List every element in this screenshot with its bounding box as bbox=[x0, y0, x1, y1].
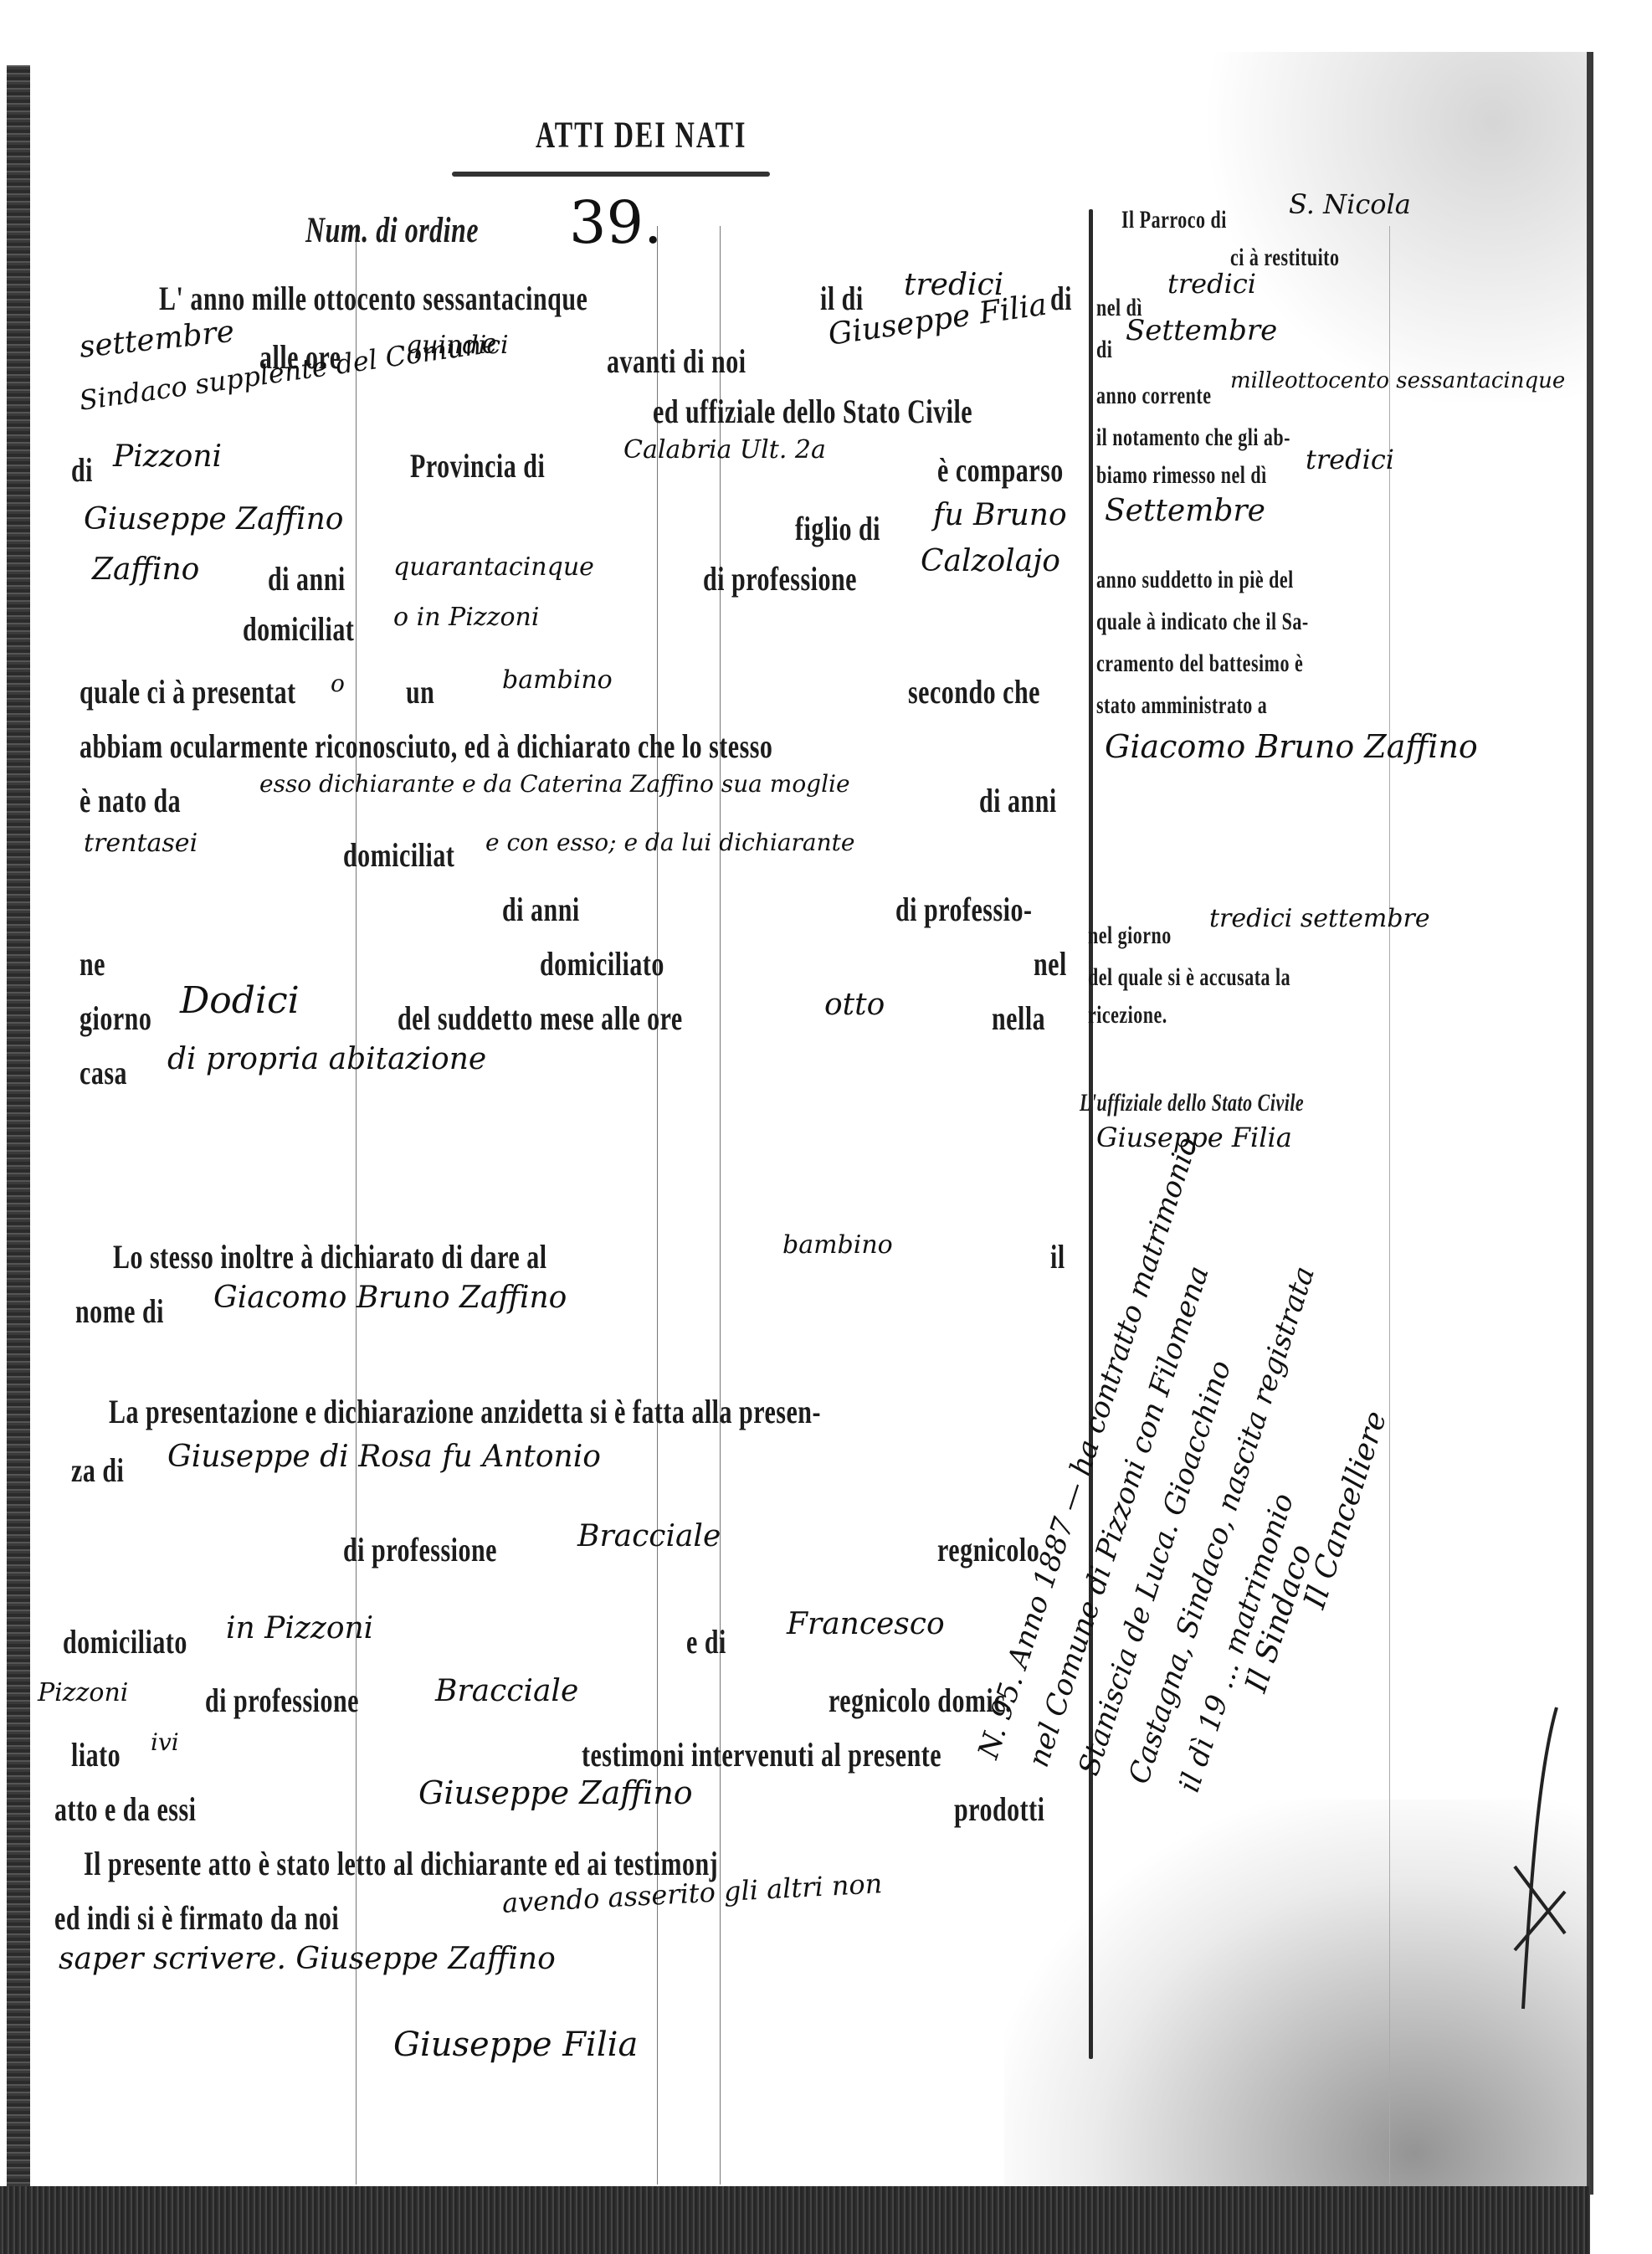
handwritten-profession: Calzolajo bbox=[921, 544, 1060, 578]
handwritten-child: bambino bbox=[782, 1230, 893, 1260]
scan-edge-left bbox=[7, 65, 30, 2254]
title-rule bbox=[452, 172, 770, 177]
printed-text: il bbox=[1050, 1239, 1065, 1277]
handwritten-town: Pizzoni bbox=[113, 439, 222, 474]
printed-text: ed indi si è firmato da noi bbox=[54, 1900, 339, 1938]
printed-text: è nato da bbox=[80, 783, 181, 821]
printed-text: di bbox=[71, 452, 93, 490]
handwritten-age: trentasei bbox=[84, 829, 198, 858]
handwritten-mother: esso dichiarante e da Caterina Zaffino s… bbox=[259, 770, 850, 798]
printed-text: nella bbox=[992, 1000, 1045, 1039]
ruled-line bbox=[1389, 226, 1390, 2185]
handwritten-baptized-name: Giacomo Bruno Zaffino bbox=[1105, 728, 1478, 765]
printed-text: avanti di noi bbox=[607, 343, 746, 382]
handwritten-surname: Pizzoni bbox=[38, 1678, 128, 1707]
birth-record-page: ATTI DEI NATI Num. di ordine 39. L' anno… bbox=[0, 0, 1652, 2254]
printed-text: Provincia di bbox=[410, 448, 545, 486]
printed-text: di anni bbox=[268, 561, 346, 599]
printed-text: e di bbox=[686, 1624, 726, 1662]
printed-text: Il Parroco di bbox=[1121, 205, 1227, 234]
handwritten-date: tredici settembre bbox=[1209, 904, 1430, 933]
printed-text: di professione bbox=[343, 1532, 497, 1570]
printed-text: di anni bbox=[979, 783, 1057, 821]
printed-text: casa bbox=[80, 1055, 127, 1093]
printed-text: figlio di bbox=[795, 511, 880, 549]
page-title: ATTI DEI NATI bbox=[536, 113, 746, 157]
printed-text: Il presente atto è stato letto al dichia… bbox=[84, 1846, 718, 1884]
handwritten-domicile: in Pizzoni bbox=[226, 1611, 373, 1646]
ruled-line bbox=[356, 226, 357, 2185]
handwritten-month: Settembre bbox=[1126, 314, 1277, 347]
printed-text: del quale si è accusata la bbox=[1088, 963, 1290, 992]
printed-text: quale à indicato che il Sa- bbox=[1096, 607, 1309, 636]
printed-text: del suddetto mese alle ore bbox=[398, 1000, 683, 1039]
printed-text: ricezione. bbox=[1088, 1000, 1167, 1029]
scan-edge-bottom bbox=[0, 2186, 1590, 2254]
annotation-signature: Il Cancelliere bbox=[1298, 1407, 1394, 1613]
printed-text: La presentazione e dichiarazione anzidet… bbox=[109, 1394, 821, 1432]
printed-text: ne bbox=[80, 946, 105, 984]
printed-text: L' anno mille ottocento sessantacinque bbox=[159, 280, 587, 319]
printed-text: liato bbox=[71, 1737, 121, 1775]
printed-text: di professio- bbox=[895, 891, 1032, 930]
printed-text: testimoni intervenuti al presente bbox=[582, 1737, 941, 1775]
printed-text: biamo rimesso nel dì bbox=[1096, 460, 1267, 490]
printed-text: il notamento che gli ab- bbox=[1096, 423, 1290, 452]
handwritten-year: milleottocento sessantacinque bbox=[1230, 368, 1565, 393]
handwritten-signature: Giuseppe Zaffino bbox=[418, 1774, 693, 1811]
printed-text: atto e da essi bbox=[54, 1791, 196, 1830]
handwritten-day: tredici bbox=[1306, 444, 1394, 475]
printed-text: quale ci à presentat bbox=[80, 674, 296, 712]
handwritten-parish: S. Nicola bbox=[1289, 188, 1411, 220]
printed-text: di anni bbox=[502, 891, 580, 930]
printed-text: stato amministrato a bbox=[1096, 691, 1267, 720]
printed-text: prodotti bbox=[954, 1791, 1044, 1830]
handwritten-profession: Bracciale bbox=[577, 1519, 721, 1553]
printed-text: nel giorno bbox=[1088, 921, 1172, 950]
handwritten-text: saper scrivere. Giuseppe Zaffino bbox=[59, 1942, 556, 1976]
printed-text: domiciliato bbox=[540, 946, 664, 984]
handwritten-birth-hour: otto bbox=[824, 988, 885, 1022]
handwritten-child: bambino bbox=[502, 665, 613, 695]
handwritten-child-name: Giacomo Bruno Zaffino bbox=[213, 1281, 567, 1315]
printed-text: anno corrente bbox=[1096, 381, 1211, 410]
handwritten-month: settembre bbox=[78, 315, 236, 365]
printed-text: di professione bbox=[703, 561, 857, 599]
handwritten-text: e con esso; e da lui dichiarante bbox=[485, 829, 854, 856]
printed-text: Lo stesso inoltre à dichiarato di dare a… bbox=[113, 1239, 547, 1277]
handwritten-surname: Zaffino bbox=[92, 552, 199, 587]
handwritten-place: di propria abitazione bbox=[167, 1042, 486, 1076]
handwritten-father: fu Bruno bbox=[933, 498, 1067, 532]
printed-text: domiciliat bbox=[343, 837, 454, 875]
printed-text: anno suddetto in piè del bbox=[1096, 565, 1294, 594]
corner-mark-icon bbox=[1506, 1699, 1582, 2017]
handwritten-text: o bbox=[331, 670, 345, 697]
printed-text: regnicolo bbox=[937, 1532, 1039, 1570]
printed-text: un bbox=[406, 674, 434, 712]
order-label: Num. di ordine bbox=[305, 209, 479, 251]
column-separator bbox=[1089, 209, 1093, 2059]
printed-text: nel bbox=[1034, 946, 1067, 984]
printed-text: domiciliato bbox=[63, 1624, 187, 1662]
printed-text: za di bbox=[71, 1452, 124, 1491]
handwritten-domicile: o in Pizzoni bbox=[393, 603, 539, 632]
handwritten-age: quarantacinque bbox=[393, 552, 594, 582]
handwritten-profession: Bracciale bbox=[435, 1674, 578, 1708]
printed-text: abbiam ocularmente riconosciuto, ed à di… bbox=[80, 728, 772, 767]
printed-text: cramento del battesimo è bbox=[1096, 649, 1303, 678]
handwritten-witness: Giuseppe di Rosa fu Antonio bbox=[167, 1440, 601, 1474]
printed-text: di bbox=[1050, 280, 1072, 319]
handwritten-declarant: Giuseppe Zaffino bbox=[84, 502, 343, 537]
printed-text: giorno bbox=[80, 1000, 151, 1039]
printed-text: nome di bbox=[75, 1293, 164, 1332]
handwritten-birth-day: Dodici bbox=[180, 979, 300, 1022]
printed-text: di bbox=[1096, 335, 1112, 364]
printed-text: è comparso bbox=[937, 452, 1064, 490]
printed-text: ed uffiziale dello Stato Civile bbox=[653, 393, 972, 432]
printed-text: L'uffiziale dello Stato Civile bbox=[1080, 1088, 1304, 1117]
handwritten-month: Settembre bbox=[1105, 494, 1265, 528]
order-number: 39. bbox=[569, 188, 662, 257]
printed-text: di professione bbox=[205, 1682, 359, 1721]
officer-signature: Giuseppe Filia bbox=[393, 2026, 638, 2064]
handwritten-witness: Francesco bbox=[787, 1607, 945, 1641]
printed-text: secondo che bbox=[908, 674, 1040, 712]
handwritten-text: ivi bbox=[151, 1728, 179, 1756]
printed-text: domiciliat bbox=[243, 611, 354, 650]
handwritten-day: tredici bbox=[1167, 268, 1256, 300]
handwritten-province: Calabria Ult. 2a bbox=[623, 435, 826, 465]
